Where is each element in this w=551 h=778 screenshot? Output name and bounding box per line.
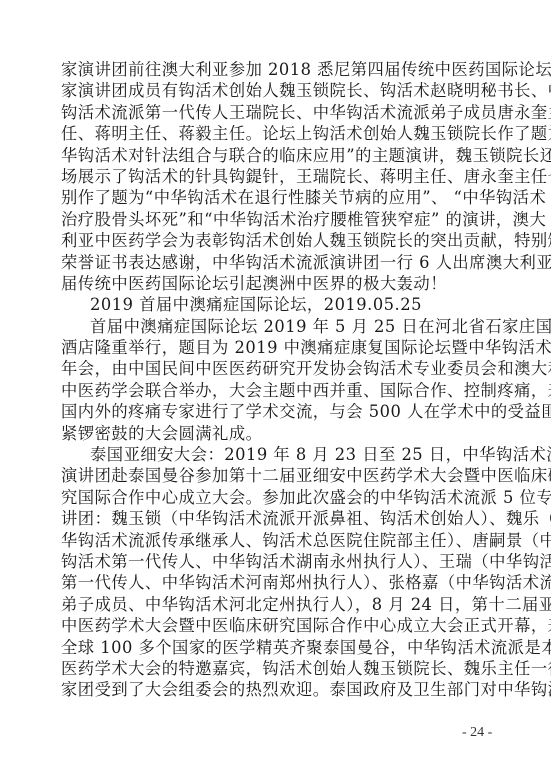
text-line: 酒店隆重举行，题目为 2019 中澳痛症康复国际论坛暨中华钩活术流派 [61, 337, 489, 358]
text-line: 紧锣密鼓的大会圆满礼成。 [61, 423, 489, 444]
text-line: 荣誉证书表达感谢，中华钩活术流派演讲团一行 6 人出席澳大利亚第 4 [61, 252, 489, 273]
text-line: 究国际合作中心成立大会。参加此次盛会的中华钩活术流派 5 位专家演 [61, 487, 489, 508]
text-line: 钩活术第一代传人、中华钩活术湖南永州执行人）、王瑞（中华钩活术 [61, 551, 489, 572]
text-line: 钩活术流派第一代传人王瑞院长、中华钩活术流派弟子成员唐永奎主 [61, 102, 489, 123]
text-line: 华钩活术流派传承继承人、钩活术总医院住院部主任）、唐嗣景（中华 [61, 530, 489, 551]
heading-pain-forum: 2019 首届中澳痛症国际论坛，2019.05.25 [61, 294, 489, 315]
text-line: 家演讲团成员有钩活术创始人魏玉锁院长、钩活术赵晓明秘书长、中华 [61, 80, 489, 101]
text-line: 场展示了钩活术的针具钩鍉针，王瑞院长、蒋明主任、唐永奎主任也分 [61, 166, 489, 187]
text-line: 任、蒋明主任、蒋毅主任。论坛上钩活术创始人魏玉锁院长作了题为“中 [61, 123, 489, 144]
text-line: 利亚中医药学会为表彰钩活术创始人魏玉锁院长的突出贡献，特别颁发 [61, 230, 489, 251]
paragraph-pain-forum: 首届中澳痛症国际论坛 2019 年 5 月 25 日在河北省石家庄国源朗怡 酒店… [61, 316, 489, 444]
text-line: 届传统中医药国际论坛引起澳洲中医界的极大轰动！ [61, 273, 489, 294]
text-line: 治疗股骨头坏死”和“中华钩活术治疗腰椎管狭窄症” 的演讲，澳大 [61, 209, 489, 230]
text-line: 首届中澳痛症国际论坛 2019 年 5 月 25 日在河北省石家庄国源朗怡 [61, 316, 489, 337]
text-line: 国内外的疼痛专家进行了学术交流，与会 500 人在学术中的受益匪浅， [61, 401, 489, 422]
text-line: 弟子成员、中华钩活术河北定州执行人），8 月 24 日，第十二届亚细安 [61, 594, 489, 615]
text-line: 家演讲团前往澳大利亚参加 2018 悉尼第四届传统中医药国际论坛。专 [61, 59, 489, 80]
text-line: 中医药学术大会暨中医临床研究国际合作中心成立大会正式开幕，来自 [61, 615, 489, 636]
section-heading: 2019 首届中澳痛症国际论坛，2019.05.25 [61, 294, 489, 315]
text-line: 全球 100 多个国家的医学精英齐聚泰国曼谷，中华钩活术流派是本次中 [61, 637, 489, 658]
text-line: 年会，由中国民间中医医药研究开发协会钩活术专业委员会和澳大利亚 [61, 358, 489, 379]
document-page: 家演讲团前往澳大利亚参加 2018 悉尼第四届传统中医药国际论坛。专 家演讲团成… [61, 59, 489, 701]
page-number: - 24 - [462, 725, 492, 741]
text-line: 第一代传人、中华钩活术河南郑州执行人）、张格嘉（中华钩活术流派 [61, 572, 489, 593]
paragraph-asean-conference: 泰国亚细安大会：2019 年 8 月 23 日至 25 日，中华钩活术流派专家 … [61, 444, 489, 701]
text-line: 中医药学会联合举办，大会主题中西并重、国际合作、控制疼痛，来自 [61, 380, 489, 401]
text-line: 泰国亚细安大会：2019 年 8 月 23 日至 25 日，中华钩活术流派专家 [61, 444, 489, 465]
text-line: 讲团：魏玉锁（中华钩活术流派开派鼻祖、钩活术创始人）、魏乐（中 [61, 508, 489, 529]
text-line: 华钩活术对针法组合与联合的临床应用”的主题演讲，魏玉锁院长还现 [61, 145, 489, 166]
text-line: 别作了题为“中华钩活术在退行性膝关节病的应用”、 “中华钩活术 [61, 187, 489, 208]
text-line: 家团受到了大会组委会的热烈欢迎。泰国政府及卫生部门对中华钩活术 [61, 679, 489, 700]
text-line: 医药学术大会的特邀嘉宾，钩活术创始人魏玉锁院长、魏乐主任一行专 [61, 658, 489, 679]
text-line: 演讲团赴泰国曼谷参加第十二届亚细安中医药学术大会暨中医临床研 [61, 465, 489, 486]
paragraph-australia-forum: 家演讲团前往澳大利亚参加 2018 悉尼第四届传统中医药国际论坛。专 家演讲团成… [61, 59, 489, 294]
